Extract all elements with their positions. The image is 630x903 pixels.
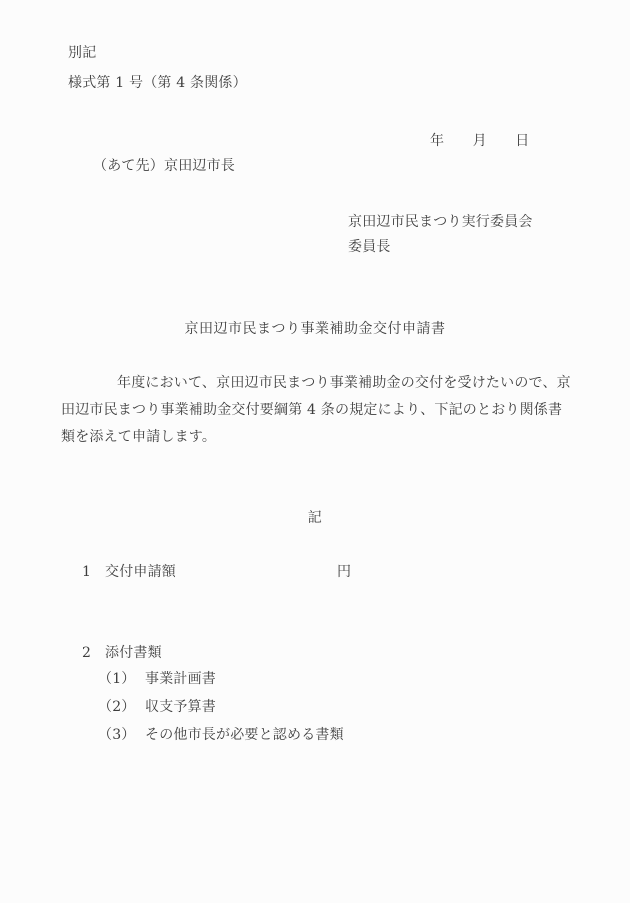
appendix-note: 別記 (68, 46, 96, 60)
item1-number: 1 (82, 565, 91, 579)
document-title: 京田辺市民まつり事業補助金交付申請書 (0, 322, 630, 336)
record-marker: 記 (0, 511, 630, 525)
item2-label: 添付書類 (105, 646, 162, 660)
document-page: 別記 様式第 1 号（第 4 条関係） 年 月 日 （あて先）京田辺市長 京田辺… (0, 0, 630, 903)
body-line-3: 類を添えて申請します。 (61, 424, 568, 451)
item1-unit-yen: 円 (337, 565, 351, 579)
body-line-2: 田辺市民まつり事業補助金交付要綱第 4 条の規定により、下記のとおり関係書 (61, 397, 568, 424)
item2-number: 2 (82, 646, 91, 660)
addressee: （あて先）京田辺市長 (93, 159, 235, 173)
date-line: 年 月 日 (430, 134, 529, 148)
sender-title: 委員長 (348, 240, 391, 254)
subitem-2-number: （2） (98, 700, 136, 714)
subitem-1-number: （1） (98, 672, 136, 686)
sender-organization: 京田辺市民まつり実行委員会 (348, 215, 533, 229)
form-number: 様式第 1 号（第 4 条関係） (68, 76, 247, 90)
item1-label: 交付申請額 (105, 565, 176, 579)
subitem-3-label: その他市長が必要と認める書類 (145, 728, 344, 742)
body-line-1: 年度において、京田辺市民まつり事業補助金の交付を受けたいので、京 (61, 370, 568, 397)
body-paragraph: 年度において、京田辺市民まつり事業補助金の交付を受けたいので、京 田辺市民まつり… (61, 370, 568, 451)
subitem-1-label: 事業計画書 (145, 672, 216, 686)
subitem-3-number: （3） (98, 728, 136, 742)
subitem-2-label: 収支予算書 (145, 700, 216, 714)
